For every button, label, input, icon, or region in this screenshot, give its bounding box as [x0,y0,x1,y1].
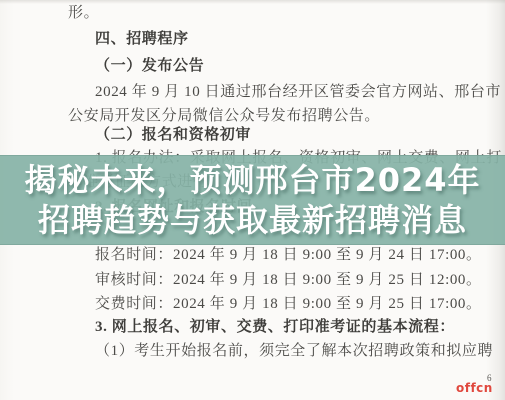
promo-banner-title-line1: 揭秘未来，预测邢台市2024年 [0,160,505,200]
doc-heading-section4: 四、招聘程序 [95,29,189,49]
promo-banner-overlay: 揭秘未来，预测邢台市2024年 招聘趋势与获取最新招聘消息 [0,155,505,245]
doc-line-xing: 形。 [68,3,99,23]
promo-banner-title-line2: 招聘趋势与获取最新招聘消息 [0,200,505,240]
doc-line-payment-window: 交费时间：2024 年 9 月 18 日 9:00 至 9 月 25 日 17:… [95,294,482,314]
doc-line-announce-cont: 公安局开发区分局微信公众号发布招聘公告。 [68,106,380,126]
scanned-document-page: 形。 四、招聘程序 （一）发布公告 2024 年 9 月 10 日通过邢台经开区… [0,0,505,400]
doc-heading-process: 3. 网上报名、初审、交费、打印准考证的基本流程： [95,317,455,337]
doc-line-announce-date: 2024 年 9 月 10 日通过邢台经开区管委会官方网站、邢台市 [95,82,501,102]
doc-line-process-step1: （1）考生开始报名前，须完全了解本次招聘政策和拟应聘 [95,341,493,361]
doc-heading-signup: （二）报名和资格初审 [95,125,251,145]
doc-heading-announce: （一）发布公告 [95,56,204,76]
doc-line-review-window: 审核时间：2024 年 9 月 18 日 9:00 至 9 月 25 日 12:… [95,270,482,290]
offcn-logo-watermark: offcn [456,381,493,395]
doc-line-signup-window: 报名时间：2024 年 9 月 18 日 9:00 至 9 月 24 日 17:… [95,245,482,265]
